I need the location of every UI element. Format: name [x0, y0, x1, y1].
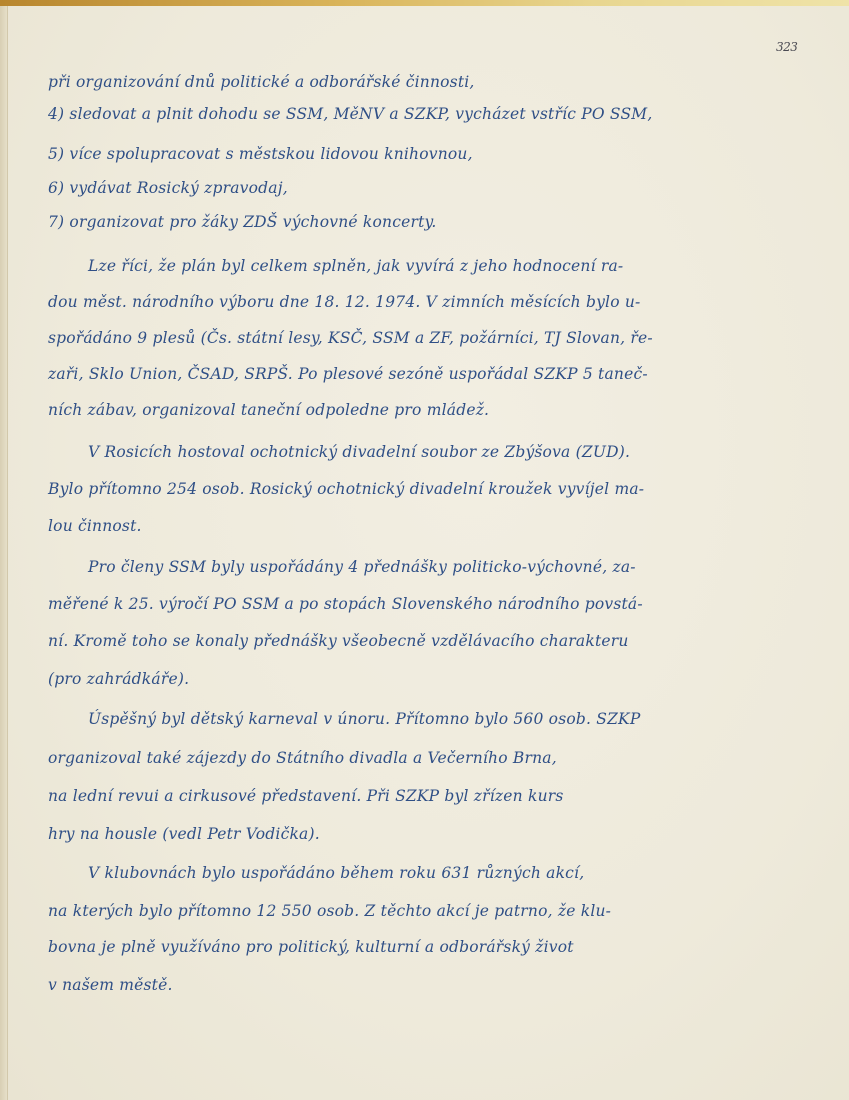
handwritten-page: 323 při organizování dnů politické a odb…: [8, 6, 849, 1100]
paragraph-line: dou měst. národního výboru dne 18. 12. 1…: [48, 293, 640, 311]
paragraph-line: Lze říci, že plán byl celkem splněn, jak…: [88, 257, 623, 275]
paragraph-line: hry na housle (vedl Petr Vodička).: [48, 825, 320, 843]
paragraph-line: ní. Kromě toho se konaly přednášky všeob…: [48, 632, 629, 650]
paragraph-line: na lední revui a cirkusové představení. …: [48, 787, 564, 805]
paragraph-line: měřené k 25. výročí PO SSM a po stopách …: [48, 595, 643, 613]
previous-page-edge: [0, 6, 8, 1100]
page-number: 323: [776, 40, 797, 54]
paragraph-line: na kterých bylo přítomno 12 550 osob. Z …: [48, 902, 611, 920]
paragraph-line: ních zábav, organizoval taneční odpoledn…: [48, 401, 489, 419]
paragraph-line: Pro členy SSM byly uspořádány 4 přednášk…: [88, 558, 636, 576]
list-item-5: 5) více spolupracovat s městskou lidovou…: [48, 145, 473, 163]
paragraph-line: v našem městě.: [48, 976, 173, 994]
paragraph-line: Bylo přítomno 254 osob. Rosický ochotnic…: [48, 480, 644, 498]
list-item-7: 7) organizovat pro žáky ZDŠ výchovné kon…: [48, 213, 437, 231]
list-item-4: 4) sledovat a plnit dohodu se SSM, MěNV …: [48, 105, 652, 123]
paragraph-line: organizoval také zájezdy do Státního div…: [48, 749, 557, 767]
paragraph-line: Úspěšný byl dětský karneval v únoru. Pří…: [88, 710, 640, 728]
paragraph-line: spořádáno 9 plesů (Čs. státní lesy, KSČ,…: [48, 329, 653, 347]
paragraph-line: lou činnost.: [48, 517, 142, 535]
paragraph-line: V Rosicích hostoval ochotnický divadelní…: [88, 443, 630, 461]
paragraph-line: (pro zahrádkáře).: [48, 670, 189, 688]
paragraph-line: V klubovnách bylo uspořádáno během roku …: [88, 864, 584, 882]
list-item-6: 6) vydávat Rosický zpravodaj,: [48, 179, 288, 197]
paragraph-line: zaři, Sklo Union, ČSAD, SRPŠ. Po plesové…: [48, 365, 648, 383]
paragraph-line: bovna je plně využíváno pro politický, k…: [48, 938, 574, 956]
text-line: při organizování dnů politické a odborář…: [48, 73, 475, 91]
